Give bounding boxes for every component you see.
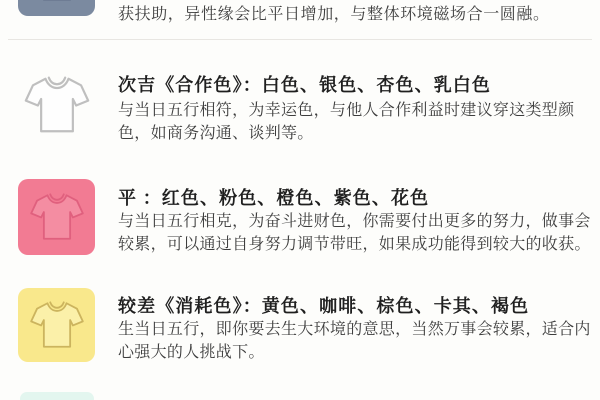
top-partial-description: 获扶助，异性缘会比平日增加，与整体环境磁场合一圆融。 xyxy=(118,1,550,24)
rating-desc-line: 色，如商务沟通、谈判等。 xyxy=(118,122,598,145)
rating-desc-line: 与当日五行相符，为幸运色，与他人合作利益时建议穿这类型颜 xyxy=(118,99,598,122)
rating-desc-line: 生当日五行，即你要去生大环境的意思，当然万事会较累，适合内 xyxy=(118,318,598,341)
tshirt-icon-slate-partial xyxy=(18,0,95,16)
tshirt-collar xyxy=(50,194,64,199)
lucky-color-page: 获扶助，异性缘会比平日增加，与整体环境磁场合一圆融。 次吉《合作色》：白色、银色… xyxy=(0,0,600,400)
tshirt-icon-pink xyxy=(18,179,95,255)
tshirt-body xyxy=(31,195,83,239)
tshirt-body xyxy=(26,79,88,132)
tshirt-icon xyxy=(28,298,86,352)
tshirt-icon-white xyxy=(22,70,92,140)
tshirt-collar xyxy=(50,302,64,307)
rating-desc-ciji: 与当日五行相符，为幸运色，与他人合作利益时建议穿这类型颜 色，如商务沟通、谈判等… xyxy=(118,99,598,145)
tshirt-icon-teal-partial xyxy=(20,392,94,400)
tshirt-icon xyxy=(28,190,86,244)
rating-desc-line: 与当日五行相克，为奋斗进财色，你需要付出更多的努力，做事会 xyxy=(118,210,598,233)
tshirt-body xyxy=(31,303,83,347)
tshirt-icon-yellow xyxy=(18,288,95,362)
rating-heading-jiaocha: 较差《消耗色》：黄色、咖啡、棕色、卡其、褐色 xyxy=(118,292,529,318)
rating-desc-ping: 与当日五行相克，为奋斗进财色，你需要付出更多的努力，做事会 较累，可以通过自身努… xyxy=(118,210,598,256)
rating-desc-line: 心强大的人挑战下。 xyxy=(118,341,598,364)
section-divider xyxy=(8,39,592,40)
rating-heading-ping: 平 ：红色、粉色、橙色、紫色、花色 xyxy=(118,184,429,210)
rating-heading-ciji: 次吉《合作色》：白色、银色、杏色、乳白色 xyxy=(118,71,491,97)
tshirt-icon xyxy=(28,0,86,5)
rating-desc-line: 较累，可以通过自身努力调节带旺，如果成功能得到较大的收获。 xyxy=(118,233,598,256)
tshirt-collar xyxy=(49,78,65,85)
tshirt-icon xyxy=(22,73,92,137)
rating-desc-jiaocha: 生当日五行，即你要去生大环境的意思，当然万事会较累，适合内 心强大的人挑战下。 xyxy=(118,318,598,364)
